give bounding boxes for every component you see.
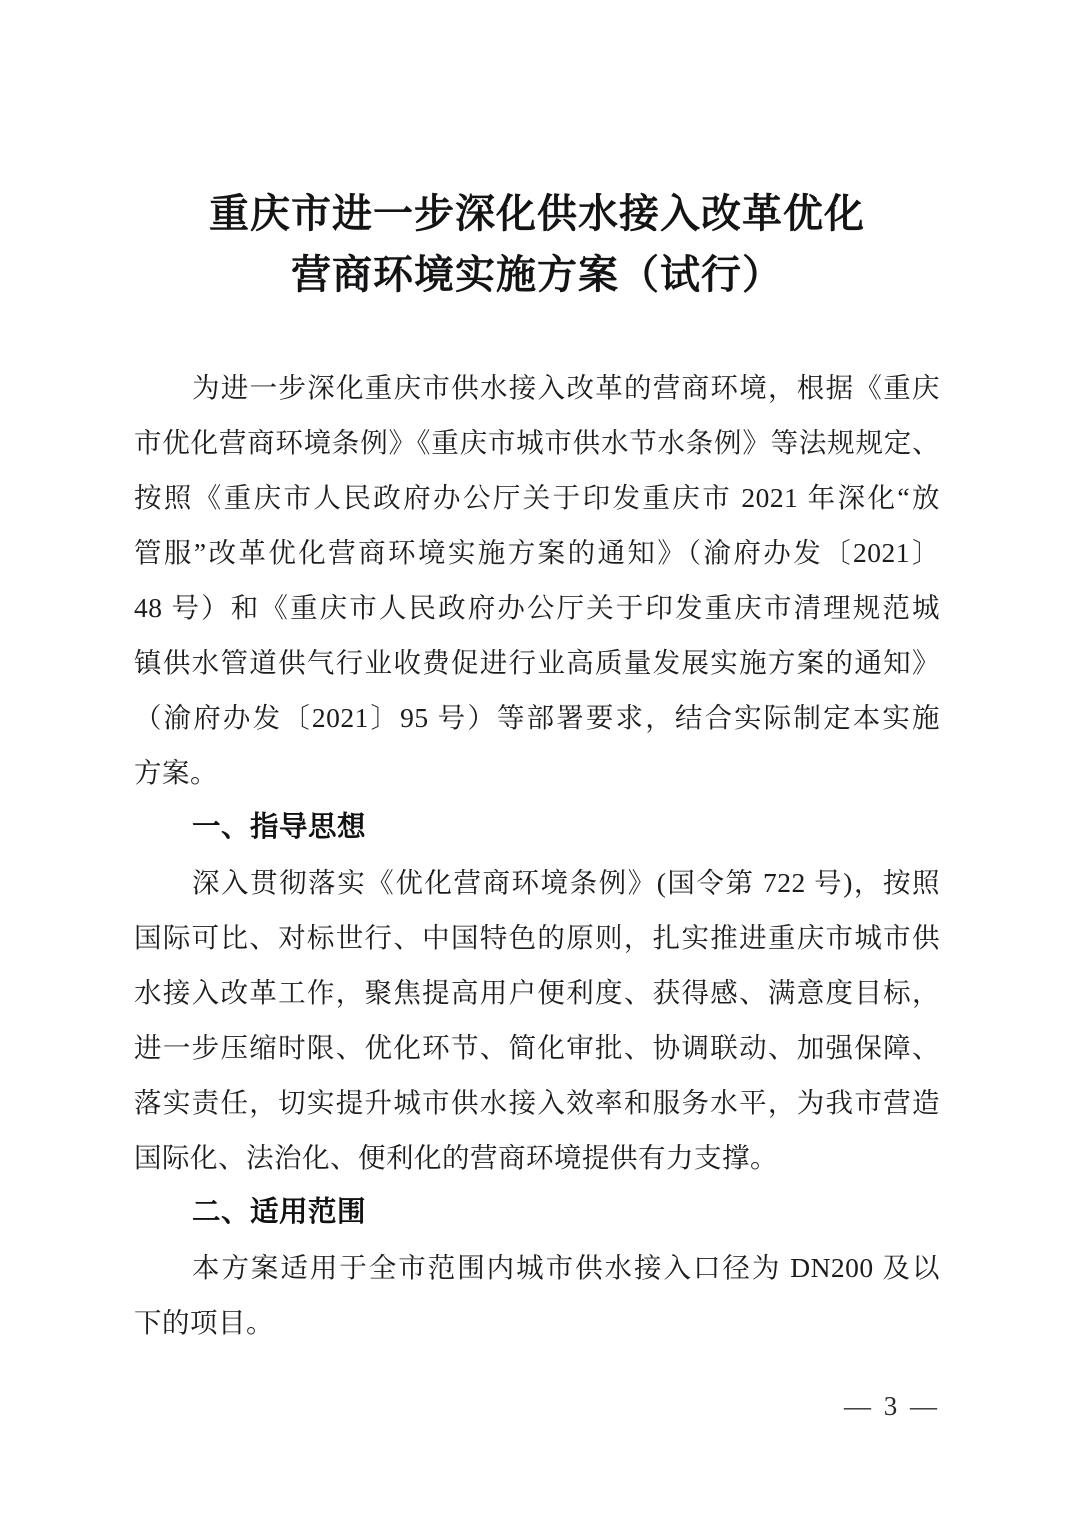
para1-line7: （渝府办发〔2021〕95 号）等部署要求，结合实际制定本实施 bbox=[134, 690, 940, 745]
para1-line5: 48 号）和《重庆市人民政府办公厅关于印发重庆市清理规范城 bbox=[134, 580, 940, 635]
page-number: — 3 — bbox=[844, 1386, 940, 1426]
document-title-line-1: 重庆市进一步深化供水接入改革优化 bbox=[0, 183, 1074, 244]
para2-line4: 进一步压缩时限、优化环节、简化审批、协调联动、加强保障、 bbox=[134, 1020, 940, 1075]
para1-line2: 市优化营商环境条例》《重庆市城市供水节水条例》等法规规定、 bbox=[134, 415, 940, 470]
para1-line6: 镇供水管道供气行业收费促进行业高质量发展实施方案的通知》 bbox=[134, 635, 940, 690]
para2-line5: 落实责任，切实提升城市供水接入效率和服务水平，为我市营造 bbox=[134, 1075, 940, 1130]
para3-line1: 本方案适用于全市范围内城市供水接入口径为 DN200 及以 bbox=[134, 1240, 940, 1295]
para1-line1: 为进一步深化重庆市供水接入改革的营商环境，根据《重庆 bbox=[134, 360, 940, 415]
para2-line2: 国际可比、对标世行、中国特色的原则，扎实推进重庆市城市供 bbox=[134, 910, 940, 965]
para2-line1: 深入贯彻落实《优化营商环境条例》(国令第 722 号)，按照 bbox=[134, 855, 940, 910]
section-heading-1: 一、指导思想 bbox=[134, 800, 940, 855]
para1-line8: 方案。 bbox=[134, 745, 940, 800]
document-body: 为进一步深化重庆市供水接入改革的营商环境，根据《重庆 市优化营商环境条例》《重庆… bbox=[134, 360, 940, 1350]
para2-line6: 国际化、法治化、便利化的营商环境提供有力支撑。 bbox=[134, 1130, 940, 1185]
para1-line3: 按照《重庆市人民政府办公厅关于印发重庆市 2021 年深化“放 bbox=[134, 470, 940, 525]
document-title-line-2: 营商环境实施方案（试行） bbox=[0, 244, 1074, 305]
para3-line2: 下的项目。 bbox=[134, 1295, 940, 1350]
para1-line4: 管服”改革优化营商环境实施方案的通知》（渝府办发〔2021〕 bbox=[134, 525, 940, 580]
document-title: 重庆市进一步深化供水接入改革优化 营商环境实施方案（试行） bbox=[0, 183, 1074, 305]
para2-line3: 水接入改革工作，聚焦提高用户便利度、获得感、满意度目标， bbox=[134, 965, 940, 1020]
section-heading-2: 二、适用范围 bbox=[134, 1185, 940, 1240]
document-page: 重庆市进一步深化供水接入改革优化 营商环境实施方案（试行） 为进一步深化重庆市供… bbox=[0, 0, 1074, 1520]
